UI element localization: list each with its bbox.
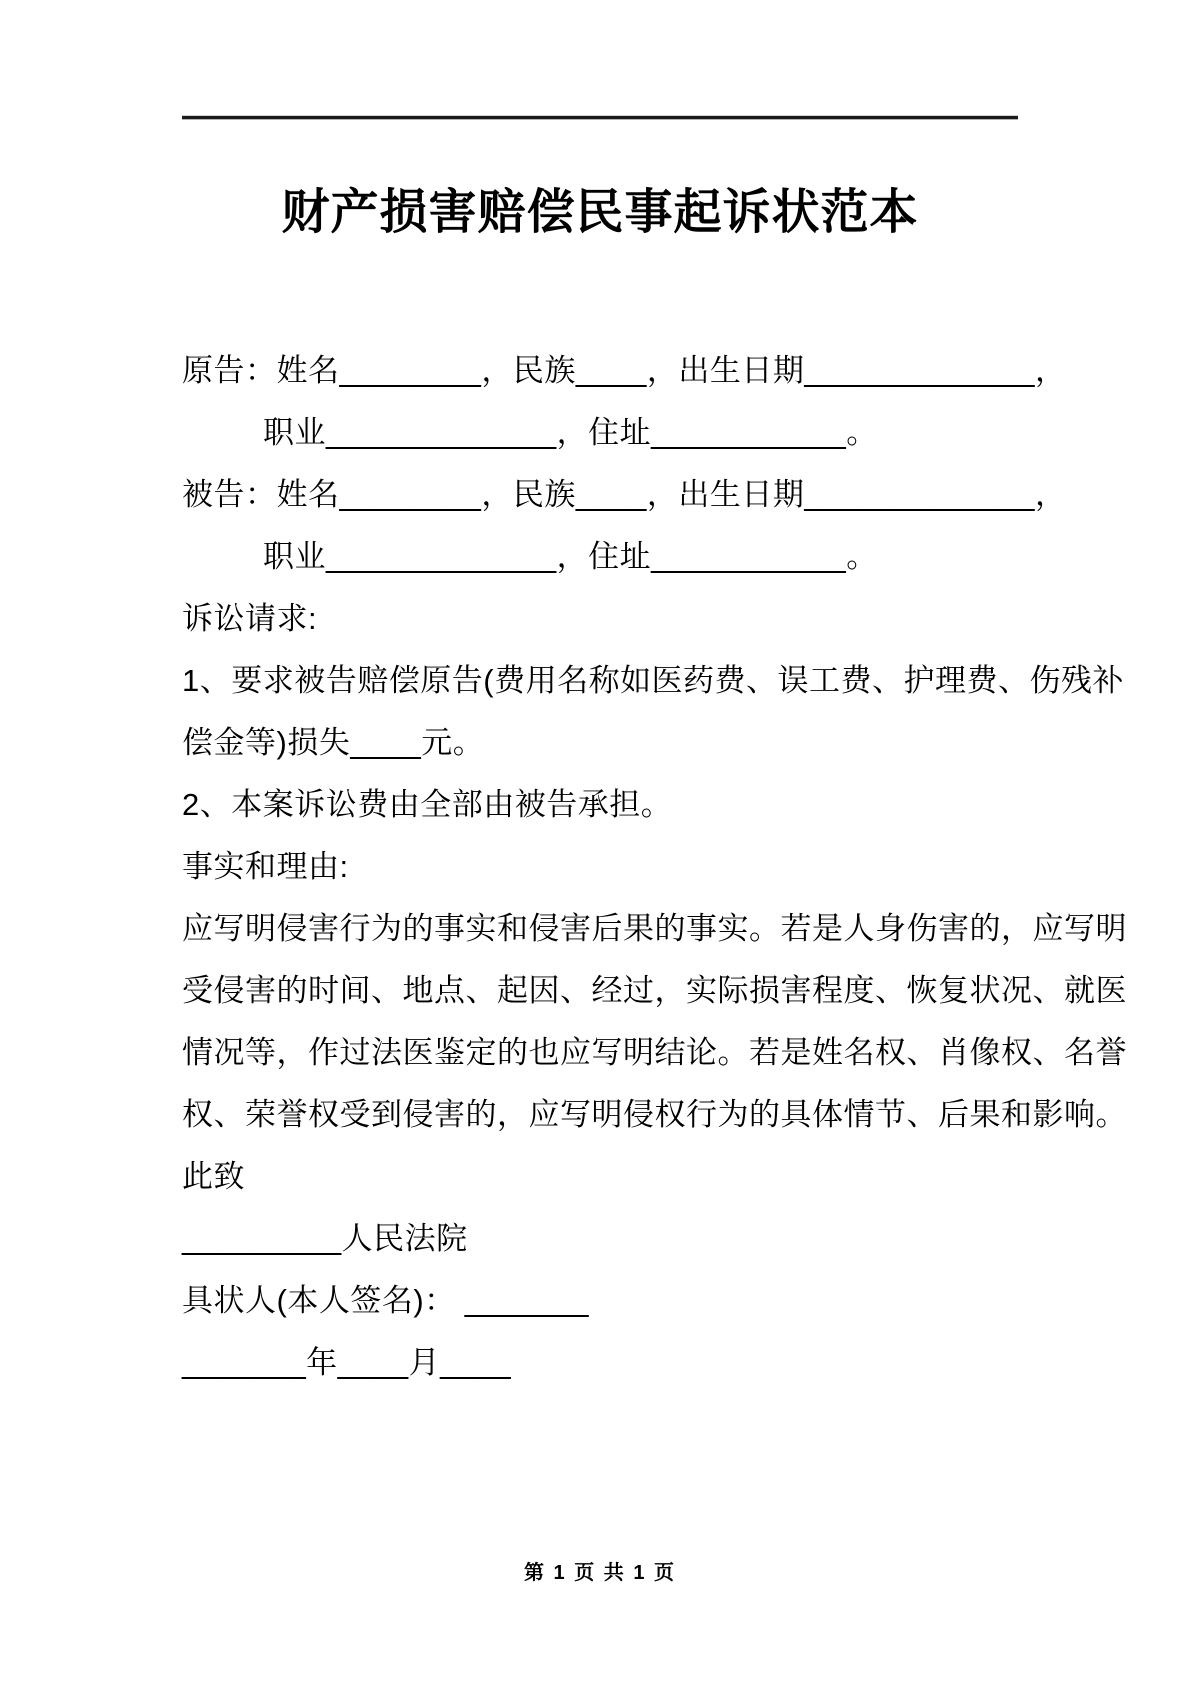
document-line: 权、荣誉权受到侵害的，应写明侵权行为的具体情节、后果和影响。 [182,1084,1062,1146]
document-line: 2、本案诉讼费由全部由被告承担。 [182,774,1062,836]
document-line: 应写明侵害行为的事实和侵害后果的事实。若是人身伤害的，应写明 [182,898,1062,960]
document-line: 事实和理由: [182,836,1062,898]
page-title: 财产损害赔偿民事起诉状范本 [182,182,1018,244]
document-line: 受侵害的时间、地点、起因、经过，实际损害程度、恢复状况、就医 [182,960,1062,1022]
document-line: _______年____月____ [182,1332,1062,1394]
document-line: 职业_____________，住址___________。 [182,402,1062,464]
document-line: _________人民法院 [182,1208,1062,1270]
document-line: 具状人(本人签名)： _______ [182,1270,1062,1332]
document-line: 职业_____________，住址___________。 [182,526,1062,588]
document-page: 财产损害赔偿民事起诉状范本 原告：姓名________，民族____，出生日期_… [0,0,1191,1684]
document-body: 原告：姓名________，民族____，出生日期_____________，职… [182,340,1062,1394]
title-divider-rule [182,116,1018,119]
document-line: 偿金等)损失____元。 [182,712,1062,774]
document-line: 被告：姓名________，民族____，出生日期_____________， [182,464,1062,526]
page-number: 第 1 页 共 1 页 [182,1560,1018,1586]
document-line: 诉讼请求: [182,588,1062,650]
document-line: 此致 [182,1146,1062,1208]
document-line: 1、要求被告赔偿原告(费用名称如医药费、误工费、护理费、伤残补 [182,650,1062,712]
document-line: 情况等，作过法医鉴定的也应写明结论。若是姓名权、肖像权、名誉 [182,1022,1062,1084]
document-line: 原告：姓名________，民族____，出生日期_____________， [182,340,1062,402]
